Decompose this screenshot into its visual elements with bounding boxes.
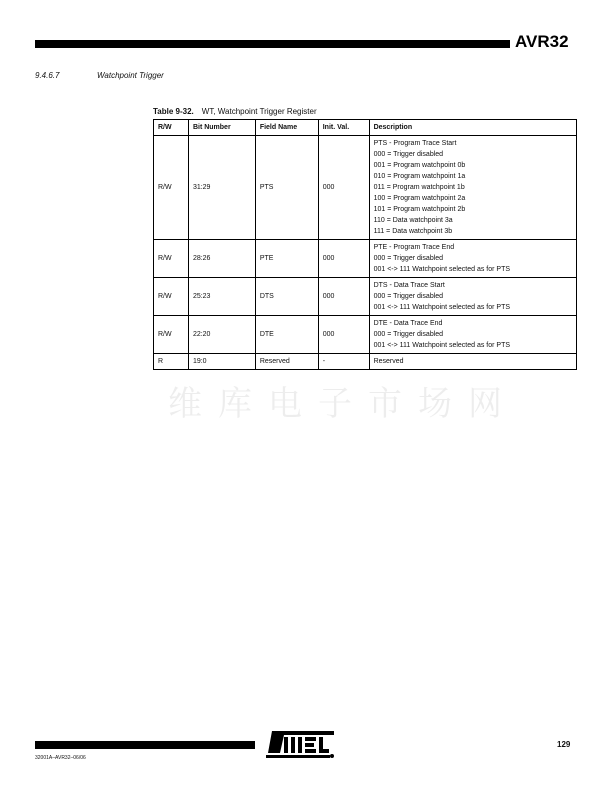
section-title: Watchpoint Trigger bbox=[97, 71, 164, 80]
bit-number-cell: 31:29 bbox=[188, 136, 255, 240]
description-line: 110 = Data watchpoint 3a bbox=[374, 215, 572, 226]
description-line: PTS - Program Trace Start bbox=[374, 138, 572, 149]
field-name-cell: PTE bbox=[255, 240, 318, 278]
section-number: 9.4.6.7 bbox=[35, 71, 97, 80]
description-line: 100 = Program watchpoint 2a bbox=[374, 193, 572, 204]
column-header: Field Name bbox=[255, 120, 318, 136]
description-cell: DTE - Data Trace End000 = Trigger disabl… bbox=[369, 316, 576, 354]
description-line: 010 = Program watchpoint 1a bbox=[374, 171, 572, 182]
description-line: 001 <-> 111 Watchpoint selected as for P… bbox=[374, 340, 572, 351]
description-cell: Reserved bbox=[369, 354, 576, 370]
init-value-cell: 000 bbox=[318, 136, 369, 240]
description-line: 001 <-> 111 Watchpoint selected as for P… bbox=[374, 302, 572, 313]
description-line: DTS - Data Trace Start bbox=[374, 280, 572, 291]
page-number: 129 bbox=[557, 740, 570, 749]
field-name-cell: PTS bbox=[255, 136, 318, 240]
table-header-row: R/W Bit Number Field Name Init. Val. Des… bbox=[154, 120, 577, 136]
column-header: Bit Number bbox=[188, 120, 255, 136]
rw-cell: R/W bbox=[154, 240, 189, 278]
column-header: Init. Val. bbox=[318, 120, 369, 136]
register-table: R/W Bit Number Field Name Init. Val. Des… bbox=[153, 119, 577, 370]
init-value-cell: - bbox=[318, 354, 369, 370]
field-name-cell: Reserved bbox=[255, 354, 318, 370]
rw-cell: R/W bbox=[154, 136, 189, 240]
column-header: Description bbox=[369, 120, 576, 136]
table-title: WT, Watchpoint Trigger Register bbox=[202, 107, 317, 116]
description-line: 001 <-> 111 Watchpoint selected as for P… bbox=[374, 264, 572, 275]
description-line: 000 = Trigger disabled bbox=[374, 291, 572, 302]
description-line: 000 = Trigger disabled bbox=[374, 149, 572, 160]
table-row: R19:0Reserved-Reserved bbox=[154, 354, 577, 370]
description-cell: PTE - Program Trace End000 = Trigger dis… bbox=[369, 240, 576, 278]
description-line: DTE - Data Trace End bbox=[374, 318, 572, 329]
description-line: 011 = Program watchpoint 1b bbox=[374, 182, 572, 193]
document-id: 32001A–AVR32–06/06 bbox=[35, 755, 86, 761]
description-line: 000 = Trigger disabled bbox=[374, 329, 572, 340]
bit-number-cell: 25:23 bbox=[188, 278, 255, 316]
rw-cell: R bbox=[154, 354, 189, 370]
bit-number-cell: 22:20 bbox=[188, 316, 255, 354]
table-row: R/W25:23DTS000DTS - Data Trace Start000 … bbox=[154, 278, 577, 316]
init-value-cell: 000 bbox=[318, 316, 369, 354]
column-header: R/W bbox=[154, 120, 189, 136]
table-row: R/W28:26PTE000PTE - Program Trace End000… bbox=[154, 240, 577, 278]
rw-cell: R/W bbox=[154, 278, 189, 316]
atmel-logo-icon bbox=[264, 729, 336, 764]
bit-number-cell: 19:0 bbox=[188, 354, 255, 370]
description-cell: DTS - Data Trace Start000 = Trigger disa… bbox=[369, 278, 576, 316]
watermark: 维库电子市场网 bbox=[168, 376, 518, 425]
description-line: 101 = Program watchpoint 2b bbox=[374, 204, 572, 215]
description-line: PTE - Program Trace End bbox=[374, 242, 572, 253]
description-line: 001 = Program watchpoint 0b bbox=[374, 160, 572, 171]
init-value-cell: 000 bbox=[318, 240, 369, 278]
description-line: 000 = Trigger disabled bbox=[374, 253, 572, 264]
init-value-cell: 000 bbox=[318, 278, 369, 316]
bit-number-cell: 28:26 bbox=[188, 240, 255, 278]
rw-cell: R/W bbox=[154, 316, 189, 354]
footer-rule bbox=[35, 741, 255, 749]
header-rule bbox=[35, 40, 510, 48]
description-line: 111 = Data watchpoint 3b bbox=[374, 226, 572, 237]
table-row: R/W31:29PTS000PTS - Program Trace Start0… bbox=[154, 136, 577, 240]
section-heading: 9.4.6.7Watchpoint Trigger bbox=[35, 71, 164, 80]
table-caption: Table 9-32.WT, Watchpoint Trigger Regist… bbox=[153, 107, 317, 116]
table-row: R/W22:20DTE000DTE - Data Trace End000 = … bbox=[154, 316, 577, 354]
field-name-cell: DTE bbox=[255, 316, 318, 354]
field-name-cell: DTS bbox=[255, 278, 318, 316]
document-title: AVR32 bbox=[515, 32, 569, 52]
description-cell: PTS - Program Trace Start000 = Trigger d… bbox=[369, 136, 576, 240]
description-line: Reserved bbox=[374, 356, 572, 367]
table-number: Table 9-32. bbox=[153, 107, 194, 116]
